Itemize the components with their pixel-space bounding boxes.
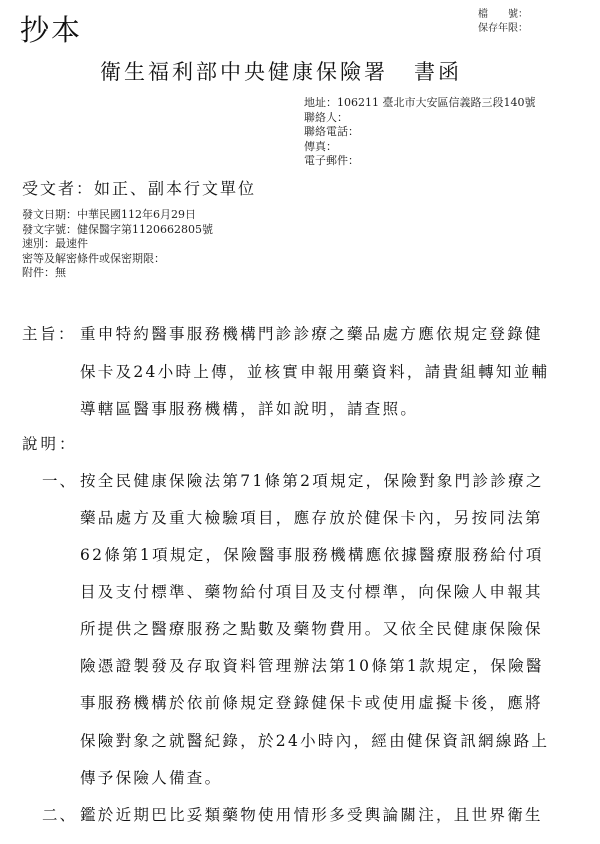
agency-name: 衛生福利部中央健康保險署 [100,60,388,84]
secrecy: 密等及解密條件或保密期限： [22,252,213,267]
item-line: 所提供之醫療服務之點數及藥物費用。又依全民健康保險保 [80,617,543,639]
attachment: 附件：無 [22,266,213,281]
item-line: 保險對象之就醫紀錄，於24小時內，經由健保資訊網線路上 [80,729,549,751]
fax: 傳真： [304,140,535,155]
subject-label: 主旨： [22,322,76,344]
item-number: 一、 [42,469,77,491]
item-line: 62條第1項規定，保險醫事服務機構應依據醫療服務給付項 [80,543,544,565]
subject-line: 導轄區醫事服務機構，詳如說明，請查照。 [80,397,418,419]
contact-person: 聯絡人： [304,111,535,126]
document-title: 衛生福利部中央健康保險署書函 [100,56,462,86]
email: 電子郵件： [304,154,535,169]
file-meta: 檔 號： 保存年限： [478,8,528,36]
doc-number: 發文字號：健保醫字第1120662805號 [22,223,213,238]
item-line: 鑑於近期巴比妥類藥物使用情形多受輿論關注，且世界衛生 [80,803,543,825]
item-line: 按全民健康保險法第71條第2項規定，保險對象門診診療之 [80,469,544,491]
speed: 速別：最速件 [22,237,213,252]
item-line: 險憑證製發及存取資料管理辦法第10條第1款規定，保險醫 [80,654,544,676]
issue-date: 發文日期：中華民國112年6月29日 [22,208,213,223]
recipient: 受文者：如正、副本行文單位 [22,176,256,199]
subject-line: 保卡及24小時上傳，並核實申報用藥資料，請貴組轉知並輔 [80,360,549,382]
item-line: 目及支付標準、藥物給付項目及支付標準，向保險人申報其 [80,580,543,602]
retention-label: 保存年限： [478,22,528,36]
item-line: 事服務機構於依前條規定登錄健保卡或使用虛擬卡後，應將 [80,691,543,713]
explanation-label: 說明： [22,432,78,454]
file-number-label: 檔 號： [478,8,528,22]
doc-type: 書函 [414,60,462,84]
copy-mark: 抄本 [20,8,82,49]
phone: 聯絡電話： [304,125,535,140]
contact-block: 地址：106211 臺北市大安區信義路三段140號 聯絡人： 聯絡電話： 傳真：… [304,96,535,169]
item-line: 藥品處方及重大檢驗項目，應存放於健保卡內，另按同法第 [80,506,543,528]
subject-line: 重申特約醫事服務機構門診診療之藥品處方應依規定登錄健 [80,322,543,344]
meta-block: 發文日期：中華民國112年6月29日 發文字號：健保醫字第1120662805號… [22,208,213,281]
address: 地址：106211 臺北市大安區信義路三段140號 [304,96,535,111]
item-line: 傳予保險人備查。 [80,766,222,788]
item-number: 二、 [42,803,77,825]
